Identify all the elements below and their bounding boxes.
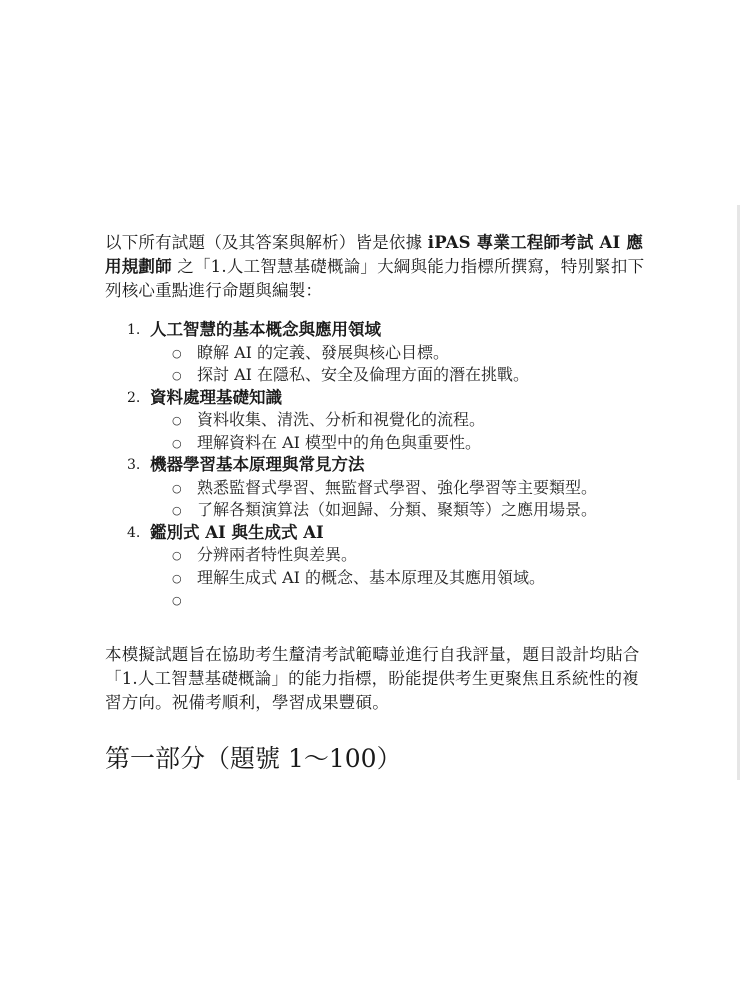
circle-bullet-icon: ○ bbox=[172, 432, 182, 456]
topic-heading: 資料處理基礎知識 bbox=[150, 388, 282, 407]
subitem-text: 資料收集、清洗、分析和視覺化的流程。 bbox=[197, 410, 485, 429]
circle-bullet-icon: ○ bbox=[172, 589, 182, 613]
subitem: ○了解各類演算法（如迴歸、分類、聚類等）之應用場景。 bbox=[150, 499, 645, 522]
circle-bullet-icon: ○ bbox=[172, 364, 182, 388]
subitem-empty: ○ bbox=[150, 589, 645, 612]
subitem: ○資料收集、清洗、分析和視覺化的流程。 bbox=[150, 409, 645, 432]
topic-number: 1. bbox=[127, 319, 140, 342]
subitem-text: 探討 AI 在隱私、安全及倫理方面的潛在挑戰。 bbox=[197, 365, 529, 384]
subitem-text: 了解各類演算法（如迴歸、分類、聚類等）之應用場景。 bbox=[197, 500, 597, 519]
subitem: ○理解生成式 AI 的概念、基本原理及其應用領域。 bbox=[150, 567, 645, 590]
subitem-text: 瞭解 AI 的定義、發展與核心目標。 bbox=[197, 343, 449, 362]
circle-bullet-icon: ○ bbox=[172, 499, 182, 523]
subitem-text: 熟悉監督式學習、無監督式學習、強化學習等主要類型。 bbox=[197, 478, 597, 497]
topic-number: 3. bbox=[127, 454, 140, 477]
topic-heading: 機器學習基本原理與常見方法 bbox=[150, 455, 365, 474]
topic-subitems: ○熟悉監督式學習、無監督式學習、強化學習等主要類型。 ○了解各類演算法（如迴歸、… bbox=[150, 477, 645, 522]
topic-item: 2. 資料處理基礎知識 ○資料收集、清洗、分析和視覺化的流程。 ○理解資料在 A… bbox=[105, 387, 645, 455]
circle-bullet-icon: ○ bbox=[172, 544, 182, 568]
subitem: ○探討 AI 在隱私、安全及倫理方面的潛在挑戰。 bbox=[150, 364, 645, 387]
topic-item: 1. 人工智慧的基本概念與應用領域 ○瞭解 AI 的定義、發展與核心目標。 ○探… bbox=[105, 319, 645, 387]
circle-bullet-icon: ○ bbox=[172, 477, 182, 501]
subitem-text: 理解生成式 AI 的概念、基本原理及其應用領域。 bbox=[197, 568, 545, 587]
topic-subitems: ○資料收集、清洗、分析和視覺化的流程。 ○理解資料在 AI 模型中的角色與重要性… bbox=[150, 409, 645, 454]
closing-paragraph: 本模擬試題旨在協助考生釐清考試範疇並進行自我評量，題目設計均貼合「1.人工智慧基… bbox=[105, 643, 645, 715]
topic-number: 2. bbox=[127, 387, 140, 410]
topic-heading: 人工智慧的基本概念與應用領域 bbox=[150, 320, 381, 339]
circle-bullet-icon: ○ bbox=[172, 409, 182, 433]
subitem: ○分辨兩者特性與差異。 bbox=[150, 544, 645, 567]
intro-paragraph: 以下所有試題（及其答案與解析）皆是依據 iPAS 專業工程師考試 AI 應用規劃… bbox=[105, 231, 645, 303]
topic-subitems: ○分辨兩者特性與差異。 ○理解生成式 AI 的概念、基本原理及其應用領域。 ○ bbox=[150, 544, 645, 612]
subitem: ○熟悉監督式學習、無監督式學習、強化學習等主要類型。 bbox=[150, 477, 645, 500]
topic-number: 4. bbox=[127, 522, 140, 545]
section-title: 第一部分（題號 1～100） bbox=[105, 743, 645, 775]
intro-text-start: 以下所有試題（及其答案與解析）皆是依據 bbox=[105, 233, 428, 252]
intro-text-end: 之「1.人工智慧基礎概論」大綱與能力指標所撰寫，特別緊扣下列核心重點進行命題與編… bbox=[105, 257, 644, 300]
topic-item: 4. 鑑別式 AI 與生成式 AI ○分辨兩者特性與差異。 ○理解生成式 AI … bbox=[105, 522, 645, 612]
subitem-text: 理解資料在 AI 模型中的角色與重要性。 bbox=[197, 433, 481, 452]
core-topics-list: 1. 人工智慧的基本概念與應用領域 ○瞭解 AI 的定義、發展與核心目標。 ○探… bbox=[105, 319, 645, 612]
subitem: ○理解資料在 AI 模型中的角色與重要性。 bbox=[150, 432, 645, 455]
subitem-text: 分辨兩者特性與差異。 bbox=[197, 545, 357, 564]
topic-item: 3. 機器學習基本原理與常見方法 ○熟悉監督式學習、無監督式學習、強化學習等主要… bbox=[105, 454, 645, 522]
circle-bullet-icon: ○ bbox=[172, 342, 182, 366]
subitem: ○瞭解 AI 的定義、發展與核心目標。 bbox=[150, 342, 645, 365]
topic-subitems: ○瞭解 AI 的定義、發展與核心目標。 ○探討 AI 在隱私、安全及倫理方面的潛… bbox=[150, 342, 645, 387]
topic-heading: 鑑別式 AI 與生成式 AI bbox=[150, 523, 324, 542]
circle-bullet-icon: ○ bbox=[172, 567, 182, 591]
document-body: 以下所有試題（及其答案與解析）皆是依據 iPAS 專業工程師考試 AI 應用規劃… bbox=[105, 231, 645, 775]
